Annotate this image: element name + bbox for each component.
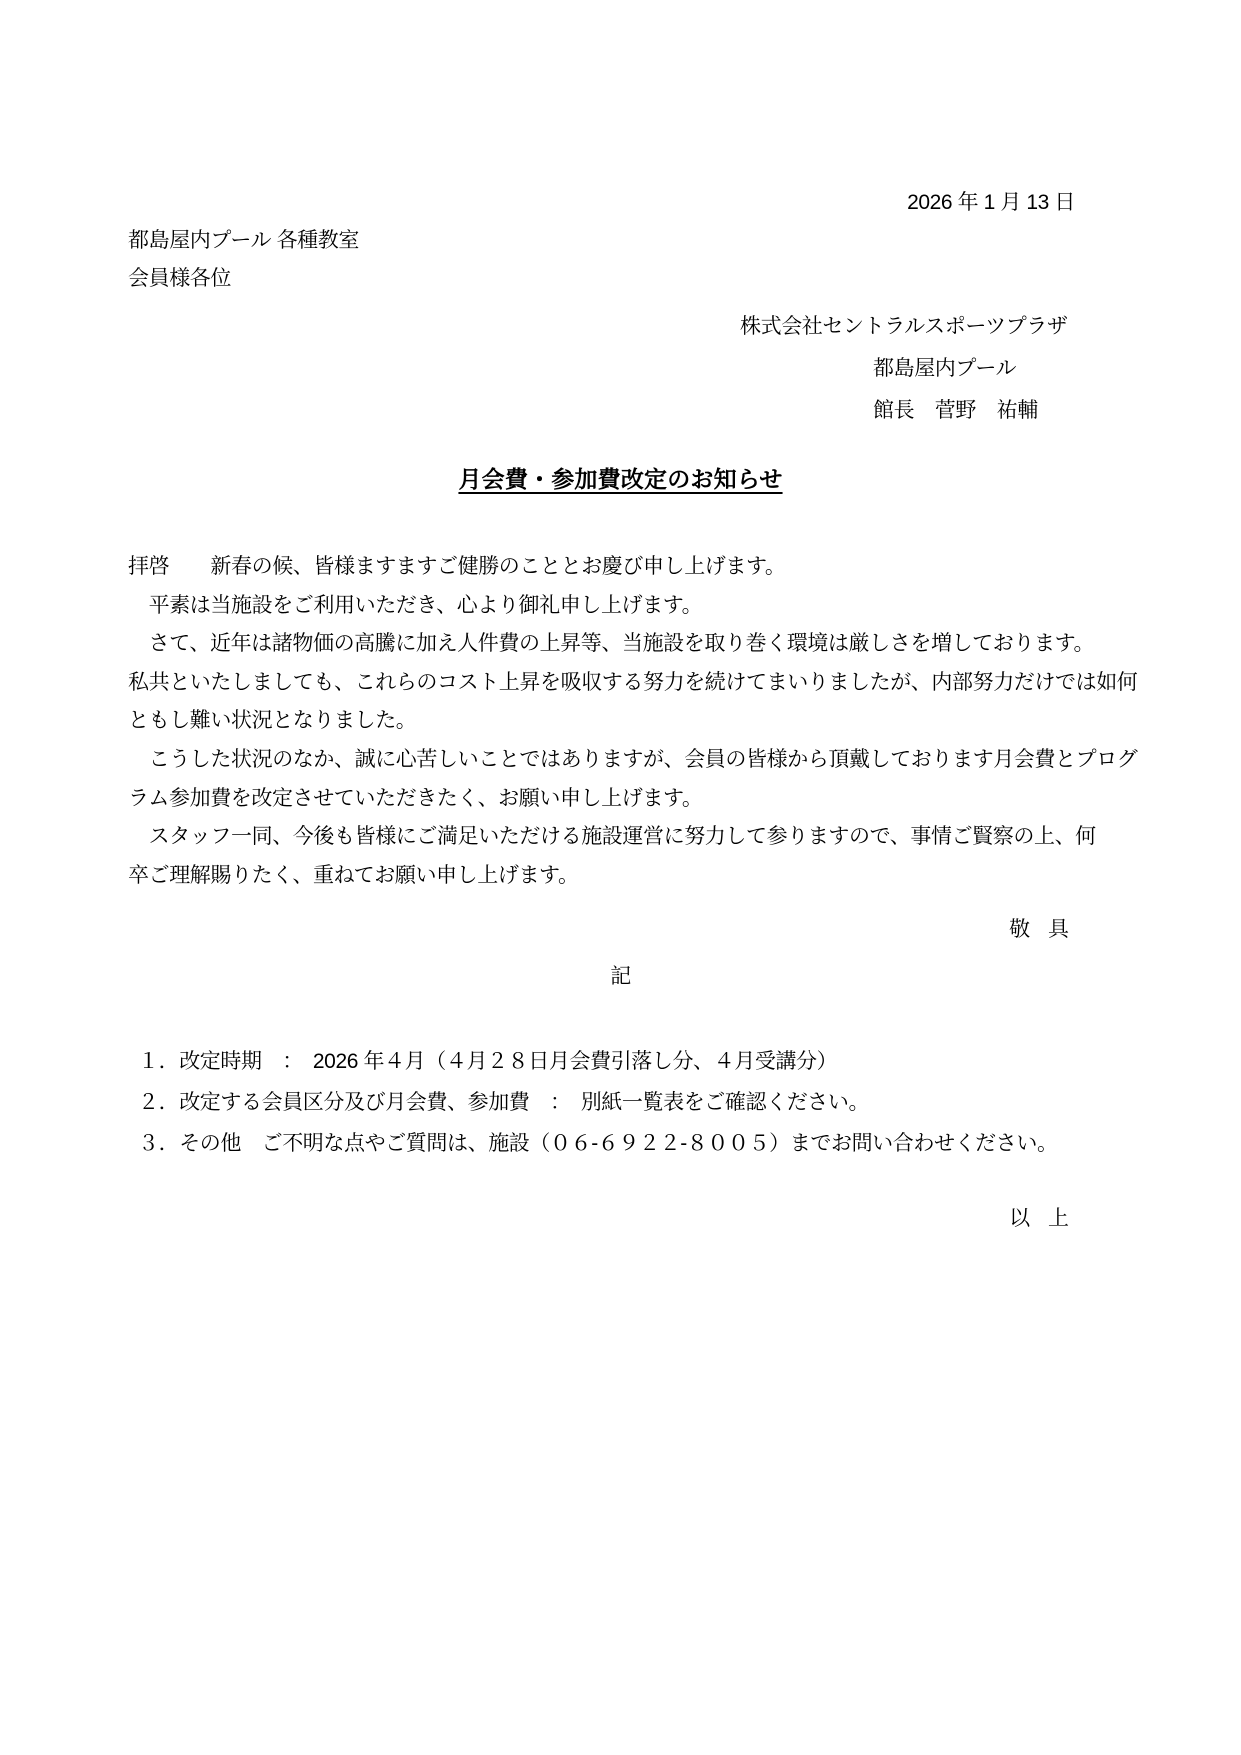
notice-marker-ki: 記 xyxy=(128,958,1113,997)
letter-body: 拝啓 新春の候、皆様ますますご健勝のこととお慶び申し上げます。 平素は当施設をご… xyxy=(128,548,1113,895)
body-line: さて、近年は諸物価の高騰に加え人件費の上昇等、当施設を取り巻く環境は厳しさを増し… xyxy=(128,625,1113,664)
body-line: ラム参加費を改定させていただきたく、お願い申し上げます。 xyxy=(128,780,1113,819)
body-line: こうした状況のなか、誠に心苦しいことではありますが、会員の皆様から頂戴しておりま… xyxy=(128,741,1113,780)
notice-item: ２．改定する会員区分及び月会費、参加費 ： 別紙一覧表をご確認ください。 xyxy=(138,1082,1113,1123)
notice-items: １．改定時期 ： 2026 年４月（４月２８日月会費引落し分、４月受講分） ２．… xyxy=(138,1041,1113,1164)
body-line: ともし難い状況となりました。 xyxy=(128,702,1113,741)
sender-facility: 都島屋内プール xyxy=(873,348,1113,390)
sender-company: 株式会社セントラルスポーツプラザ xyxy=(740,306,1113,348)
recipient-line-1: 都島屋内プール 各種教室 xyxy=(128,222,1113,260)
recipient-block: 都島屋内プール 各種教室 会員様各位 xyxy=(128,222,1113,298)
body-line: 私共といたしましても、これらのコスト上昇を吸収する努力を続けてまいりましたが、内… xyxy=(128,664,1113,703)
notice-item: １．改定時期 ： 2026 年４月（４月２８日月会費引落し分、４月受講分） xyxy=(138,1041,1113,1082)
document-title: 月会費・参加費改定のお知らせ xyxy=(128,462,1113,496)
body-line: 卒ご理解賜りたく、重ねてお願い申し上げます。 xyxy=(128,857,1113,896)
closing-keigu: 敬 具 xyxy=(128,911,1113,950)
letter-page: 2026 年 1 月 13 日 都島屋内プール 各種教室 会員様各位 株式会社セ… xyxy=(0,0,1241,1755)
sender-manager: 館長 菅野 祐輔 xyxy=(873,390,1113,432)
sender-block: 株式会社セントラルスポーツプラザ 都島屋内プール 館長 菅野 祐輔 xyxy=(128,306,1113,432)
letter-date: 2026 年 1 月 13 日 xyxy=(128,184,1113,222)
notice-item: ３．その他 ご不明な点やご質問は、施設（０６-６９２２-８００５）までお問い合わ… xyxy=(138,1123,1113,1164)
body-line: 拝啓 新春の候、皆様ますますご健勝のこととお慶び申し上げます。 xyxy=(128,548,1113,587)
end-marker-ijou: 以 上 xyxy=(128,1200,1113,1239)
body-line: スタッフ一同、今後も皆様にご満足いただける施設運営に努力して参りますので、事情ご… xyxy=(128,818,1113,857)
recipient-line-2: 会員様各位 xyxy=(128,260,1113,298)
body-line: 平素は当施設をご利用いただき、心より御礼申し上げます。 xyxy=(128,587,1113,626)
